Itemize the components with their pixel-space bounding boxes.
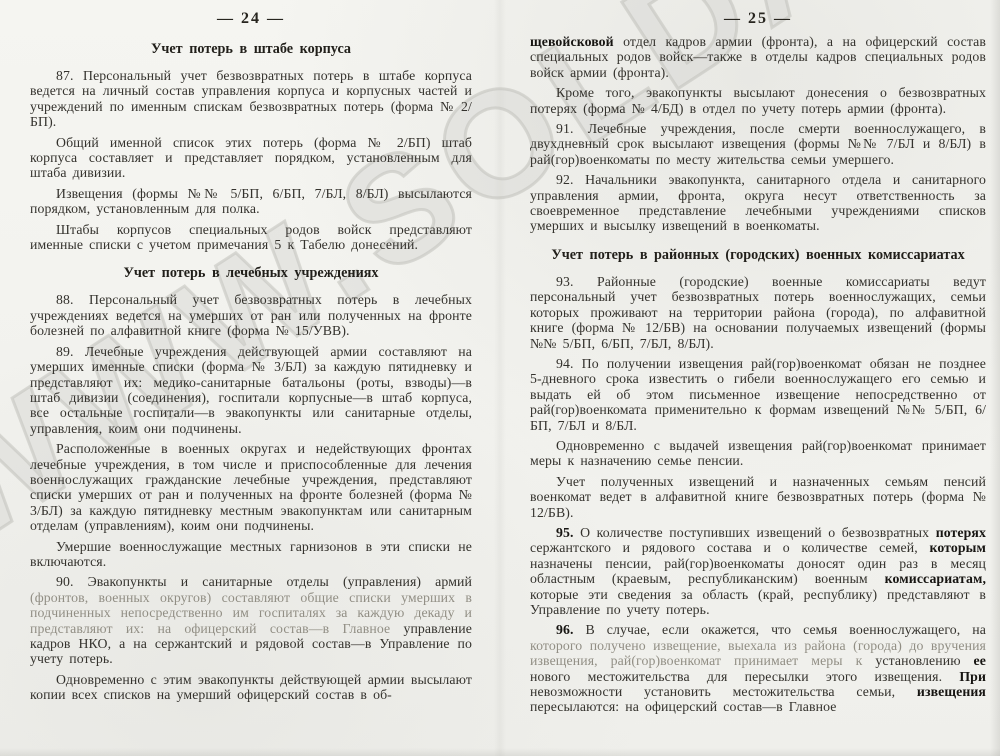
paragraph: 96. В случае, если окажется, что семья в…	[530, 622, 986, 714]
text-run: комиссариатам,	[885, 571, 986, 586]
paragraph: Умершие военнослужащие местных гарнизоно…	[30, 539, 472, 570]
paragraph: 93. Районные (городские) военные комисса…	[530, 274, 986, 351]
text-run: щевойсковой	[530, 34, 623, 49]
paragraph: 95. О количестве поступивших извещений о…	[530, 525, 986, 617]
paragraph: Кроме того, эвакопункты высылают донесен…	[530, 85, 986, 116]
page-25-content: щевойсковой отдел кадров армии (фронта),…	[530, 34, 986, 715]
paragraph: Расположенные в военных округах и недейс…	[30, 441, 472, 533]
paragraph: щевойсковой отдел кадров армии (фронта),…	[530, 34, 986, 80]
page-number: — 25 —	[530, 10, 986, 28]
text-run: потерях	[936, 525, 986, 540]
paragraph: Одновременно с выдачей извещения рай(гор…	[530, 438, 986, 469]
section-heading: Учет потерь в районных (городских) военн…	[548, 247, 968, 264]
text-run: ее	[974, 653, 986, 668]
paragraph: 91. Лечебные учреждения, после смерти во…	[530, 121, 986, 167]
section-heading: Учет потерь в штабе корпуса	[48, 41, 454, 58]
page-24: — 24 — Учет потерь в штабе корпуса87. Пе…	[0, 0, 500, 756]
text-run: О количестве поступивших извещений о без…	[580, 525, 936, 540]
text-run: 90. Эвакопункты и санитарные отделы (упр…	[56, 574, 472, 589]
paragraph: 92. Начальники эвакопункта, санитарного …	[530, 172, 986, 234]
text-run: 95.	[556, 525, 580, 540]
text-run: установлению	[875, 653, 973, 668]
section-heading: Учет потерь в лечебных учреждениях	[48, 265, 454, 282]
text-run: невозможности установить местожительства…	[530, 684, 917, 699]
paragraph: Извещения (формы №№ 5/БП, 6/БП, 7/БЛ, 8/…	[30, 186, 472, 217]
text-run: 96.	[556, 622, 586, 637]
paragraph: 94. По получении извещения рай(гор)военк…	[530, 356, 986, 433]
paragraph: Одновременно с этим эвакопункты действую…	[30, 672, 472, 703]
paragraph: 89. Лечебные учреждения действующей арми…	[30, 344, 472, 436]
text-run: пересылаются: на офицерский состав—в Гла…	[530, 699, 837, 714]
paragraph: 90. Эвакопункты и санитарные отделы (упр…	[30, 574, 472, 666]
page-25: — 25 — щевойсковой отдел кадров армии (ф…	[500, 0, 1000, 756]
paragraph: Общий именной список этих потерь (форма …	[30, 135, 472, 181]
text-run: нового местожительства для пересылки это…	[530, 669, 959, 684]
paragraph: 87. Персональный учет безвозвратных поте…	[30, 68, 472, 130]
paragraph: 88. Персональный учет безвозвратных поте…	[30, 292, 472, 338]
paragraph: Штабы корпусов специальных родов войск п…	[30, 222, 472, 253]
text-run: сержантского и рядового состава и о коли…	[530, 540, 929, 555]
page-24-content: Учет потерь в штабе корпуса87. Персональ…	[30, 41, 472, 703]
page-number: — 24 —	[30, 10, 472, 28]
text-run: В случае, если окажется, что семья военн…	[586, 622, 986, 637]
scanned-document-spread: WWW.SOLDAT.RU — 24 — Учет потерь в штабе…	[0, 0, 1000, 756]
text-run: извещения	[917, 684, 986, 699]
text-run: которые эти сведения за область (край, р…	[530, 587, 986, 617]
text-run: которым	[929, 540, 986, 555]
paragraph: Учет полученных извещений и назначенных …	[530, 474, 986, 520]
text-run: При	[959, 669, 986, 684]
